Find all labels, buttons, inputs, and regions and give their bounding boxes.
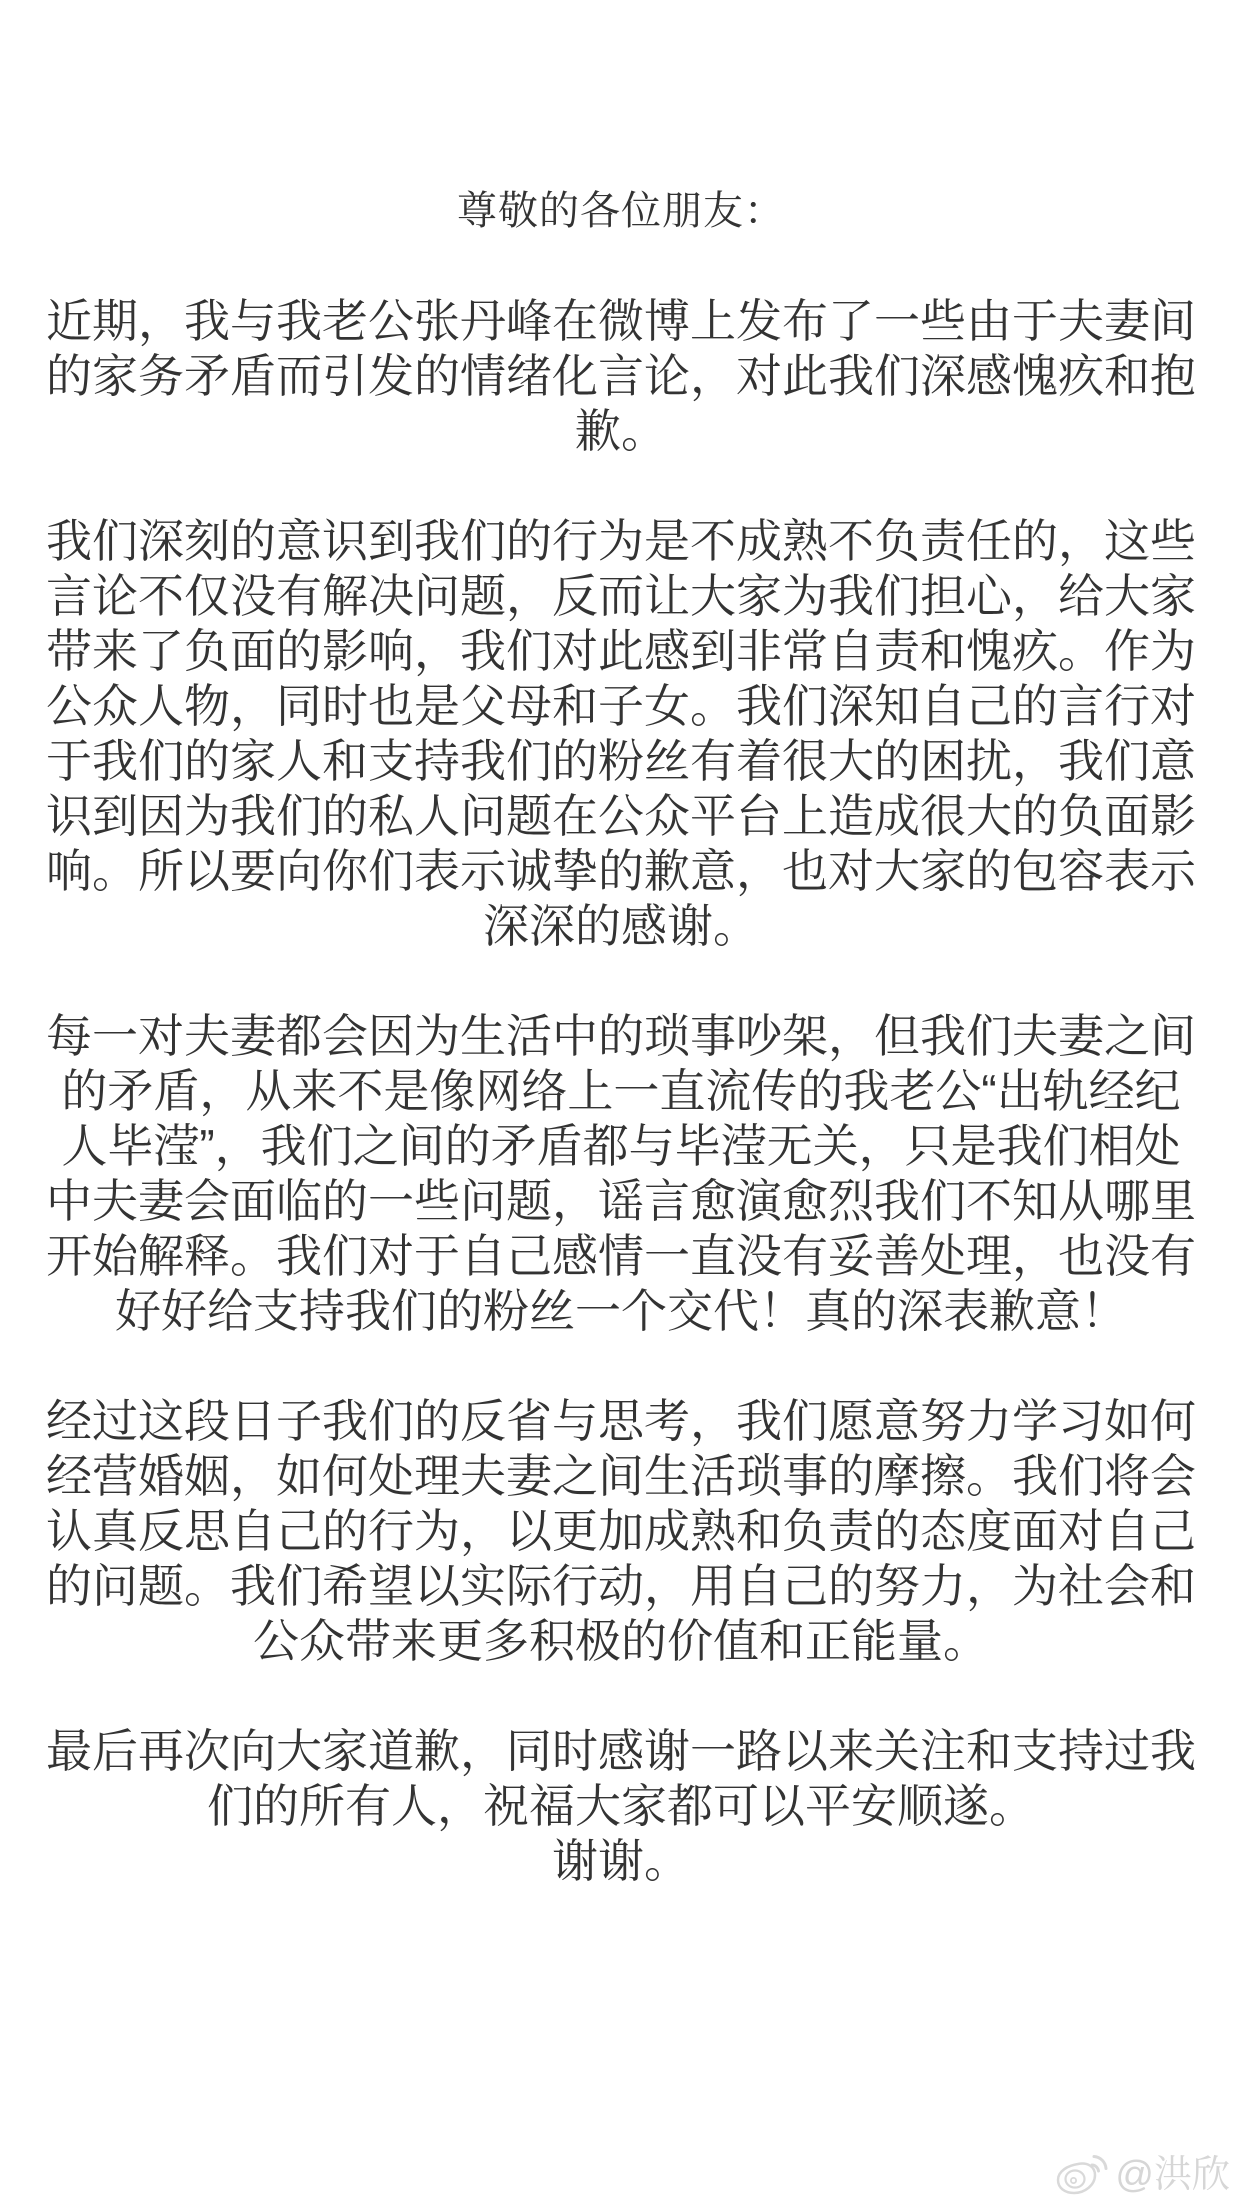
letter-line: 认真反思自己的行为，以更加成熟和负责的态度面对自己 [0, 1504, 1242, 1559]
letter-line: 的问题。我们希望以实际行动，用自己的努力，为社会和 [0, 1559, 1242, 1614]
letter-line: 中夫妻会面临的一些问题，谣言愈演愈烈我们不知从哪里 [0, 1174, 1242, 1229]
letter-line: 人毕滢”，我们之间的矛盾都与毕滢无关，只是我们相处 [0, 1119, 1242, 1174]
letter-line: 的矛盾，从来不是像网络上一直流传的我老公“出轨经纪 [0, 1064, 1242, 1119]
letter-line: 的家务矛盾而引发的情绪化言论，对此我们深感愧疚和抱 [0, 349, 1242, 404]
letter-line: 言论不仅没有解决问题，反而让大家为我们担心，给大家 [0, 569, 1242, 624]
apology-letter-image: { "page": { "background": "#ffffff", "te… [0, 0, 1242, 2208]
letter-line: 近期，我与我老公张丹峰在微博上发布了一些由于夫妻间 [0, 294, 1242, 349]
letter-line: 公众带来更多积极的价值和正能量。 [0, 1614, 1242, 1669]
letter-line: 经过这段日子我们的反省与思考，我们愿意努力学习如何 [0, 1394, 1242, 1449]
letter-line: 好好给支持我们的粉丝一个交代！真的深表歉意！ [0, 1284, 1242, 1339]
watermark-handle: @洪欣 [1115, 2156, 1230, 2194]
paragraph-1: 近期，我与我老公张丹峰在微博上发布了一些由于夫妻间 的家务矛盾而引发的情绪化言论… [0, 294, 1242, 459]
paragraph-5: 最后再次向大家道歉，同时感谢一路以来关注和支持过我 们的所有人，祝福大家都可以平… [0, 1724, 1242, 1889]
letter-line: 我们深刻的意识到我们的行为是不成熟不负责任的，这些 [0, 514, 1242, 569]
paragraph-4: 经过这段日子我们的反省与思考，我们愿意努力学习如何 经营婚姻，如何处理夫妻之间生… [0, 1394, 1242, 1669]
letter-line: 最后再次向大家道歉，同时感谢一路以来关注和支持过我 [0, 1724, 1242, 1779]
letter-line: 响。所以要向你们表示诚挚的歉意，也对大家的包容表示 [0, 844, 1242, 899]
paragraph-2: 我们深刻的意识到我们的行为是不成熟不负责任的，这些 言论不仅没有解决问题，反而让… [0, 514, 1242, 954]
letter-line: 经营婚姻，如何处理夫妻之间生活琐事的摩擦。我们将会 [0, 1449, 1242, 1504]
weibo-icon [1055, 2152, 1109, 2198]
letter-line: 们的所有人，祝福大家都可以平安顺遂。 [0, 1779, 1242, 1834]
letter-line: 歉。 [0, 404, 1242, 459]
letter-title: 尊敬的各位朋友： [0, 184, 1242, 239]
letter-line: 识到因为我们的私人问题在公众平台上造成很大的负面影 [0, 789, 1242, 844]
letter-line: 深深的感谢。 [0, 899, 1242, 954]
letter-line: 于我们的家人和支持我们的粉丝有着很大的困扰，我们意 [0, 734, 1242, 789]
letter-body: 尊敬的各位朋友： 近期，我与我老公张丹峰在微博上发布了一些由于夫妻间 的家务矛盾… [0, 184, 1242, 1889]
paragraph-3: 每一对夫妻都会因为生活中的琐事吵架，但我们夫妻之间 的矛盾，从来不是像网络上一直… [0, 1009, 1242, 1339]
weibo-watermark: @洪欣 [1055, 2152, 1230, 2198]
letter-line: 公众人物，同时也是父母和子女。我们深知自己的言行对 [0, 679, 1242, 734]
letter-line: 带来了负面的影响，我们对此感到非常自责和愧疚。作为 [0, 624, 1242, 679]
letter-line: 谢谢。 [0, 1834, 1242, 1889]
letter-line: 开始解释。我们对于自己感情一直没有妥善处理，也没有 [0, 1229, 1242, 1284]
letter-line: 每一对夫妻都会因为生活中的琐事吵架，但我们夫妻之间 [0, 1009, 1242, 1064]
